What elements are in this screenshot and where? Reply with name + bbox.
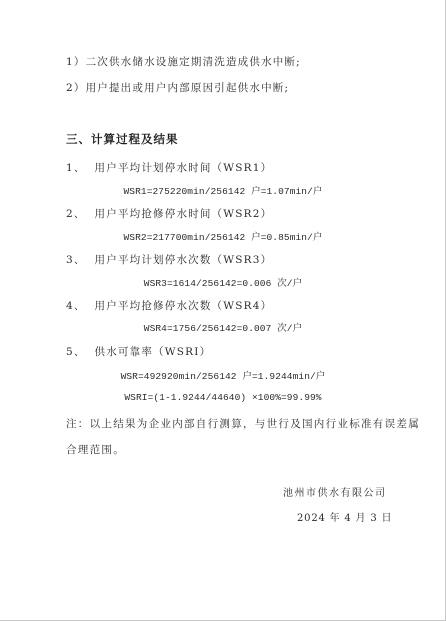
formula-wsr4: WSR4=1756/256142=0.007 次/户 <box>0 322 446 336</box>
item-label: 供水可靠率（WSRI） <box>95 346 212 358</box>
item-3: 3、 用户平均计划停水次数（WSR3） <box>66 253 272 267</box>
item-number: 1、 <box>66 161 90 175</box>
formula-wsri: WSRI=(1-1.9244/44640) ×100%=99.99% <box>0 391 446 405</box>
formula-wsr: WSR=492920min/256142 户=1.9244min/户 <box>0 370 446 384</box>
document-page: 1）二次供水储水设施定期清洗造成供水中断; 2）用户提出或用户内部原因引起供水中… <box>0 0 446 621</box>
item-number: 2、 <box>66 207 90 221</box>
item-5: 5、 供水可靠率（WSRI） <box>66 345 211 359</box>
signature-date: 2024 年 4 月 3 日 <box>297 512 392 526</box>
item-label: 用户平均抢修停水时间（WSR2） <box>95 208 273 220</box>
condition-2: 2）用户提出或用户内部原因引起供水中断; <box>66 81 289 95</box>
item-label: 用户平均抢修停水次数（WSR4） <box>95 300 273 312</box>
company-signature: 池州市供水有限公司 <box>283 487 387 501</box>
item-number: 4、 <box>66 299 90 313</box>
formula-wsr2: WSR2=217700min/256142 户=0.85min/户 <box>0 231 446 245</box>
note-line-1: 注：以上结果为企业内部自行测算，与世行及国内行业标准有误差属 <box>66 417 420 431</box>
section-heading: 三、计算过程及结果 <box>66 132 179 146</box>
item-number: 3、 <box>66 253 90 267</box>
item-label: 用户平均计划停水次数（WSR3） <box>95 254 273 266</box>
item-4: 4、 用户平均抢修停水次数（WSR4） <box>66 299 272 313</box>
formula-wsr3: WSR3=1614/256142=0.006 次/户 <box>0 277 446 291</box>
item-number: 5、 <box>66 345 90 359</box>
item-2: 2、 用户平均抢修停水时间（WSR2） <box>66 207 272 221</box>
formula-wsr1: WSR1=275220min/256142 户=1.07min/户 <box>0 185 446 199</box>
note-line-2: 合理范围。 <box>66 443 125 457</box>
item-label: 用户平均计划停水时间（WSR1） <box>95 162 273 174</box>
condition-1: 1）二次供水储水设施定期清洗造成供水中断; <box>66 55 301 69</box>
item-1: 1、 用户平均计划停水时间（WSR1） <box>66 161 272 175</box>
